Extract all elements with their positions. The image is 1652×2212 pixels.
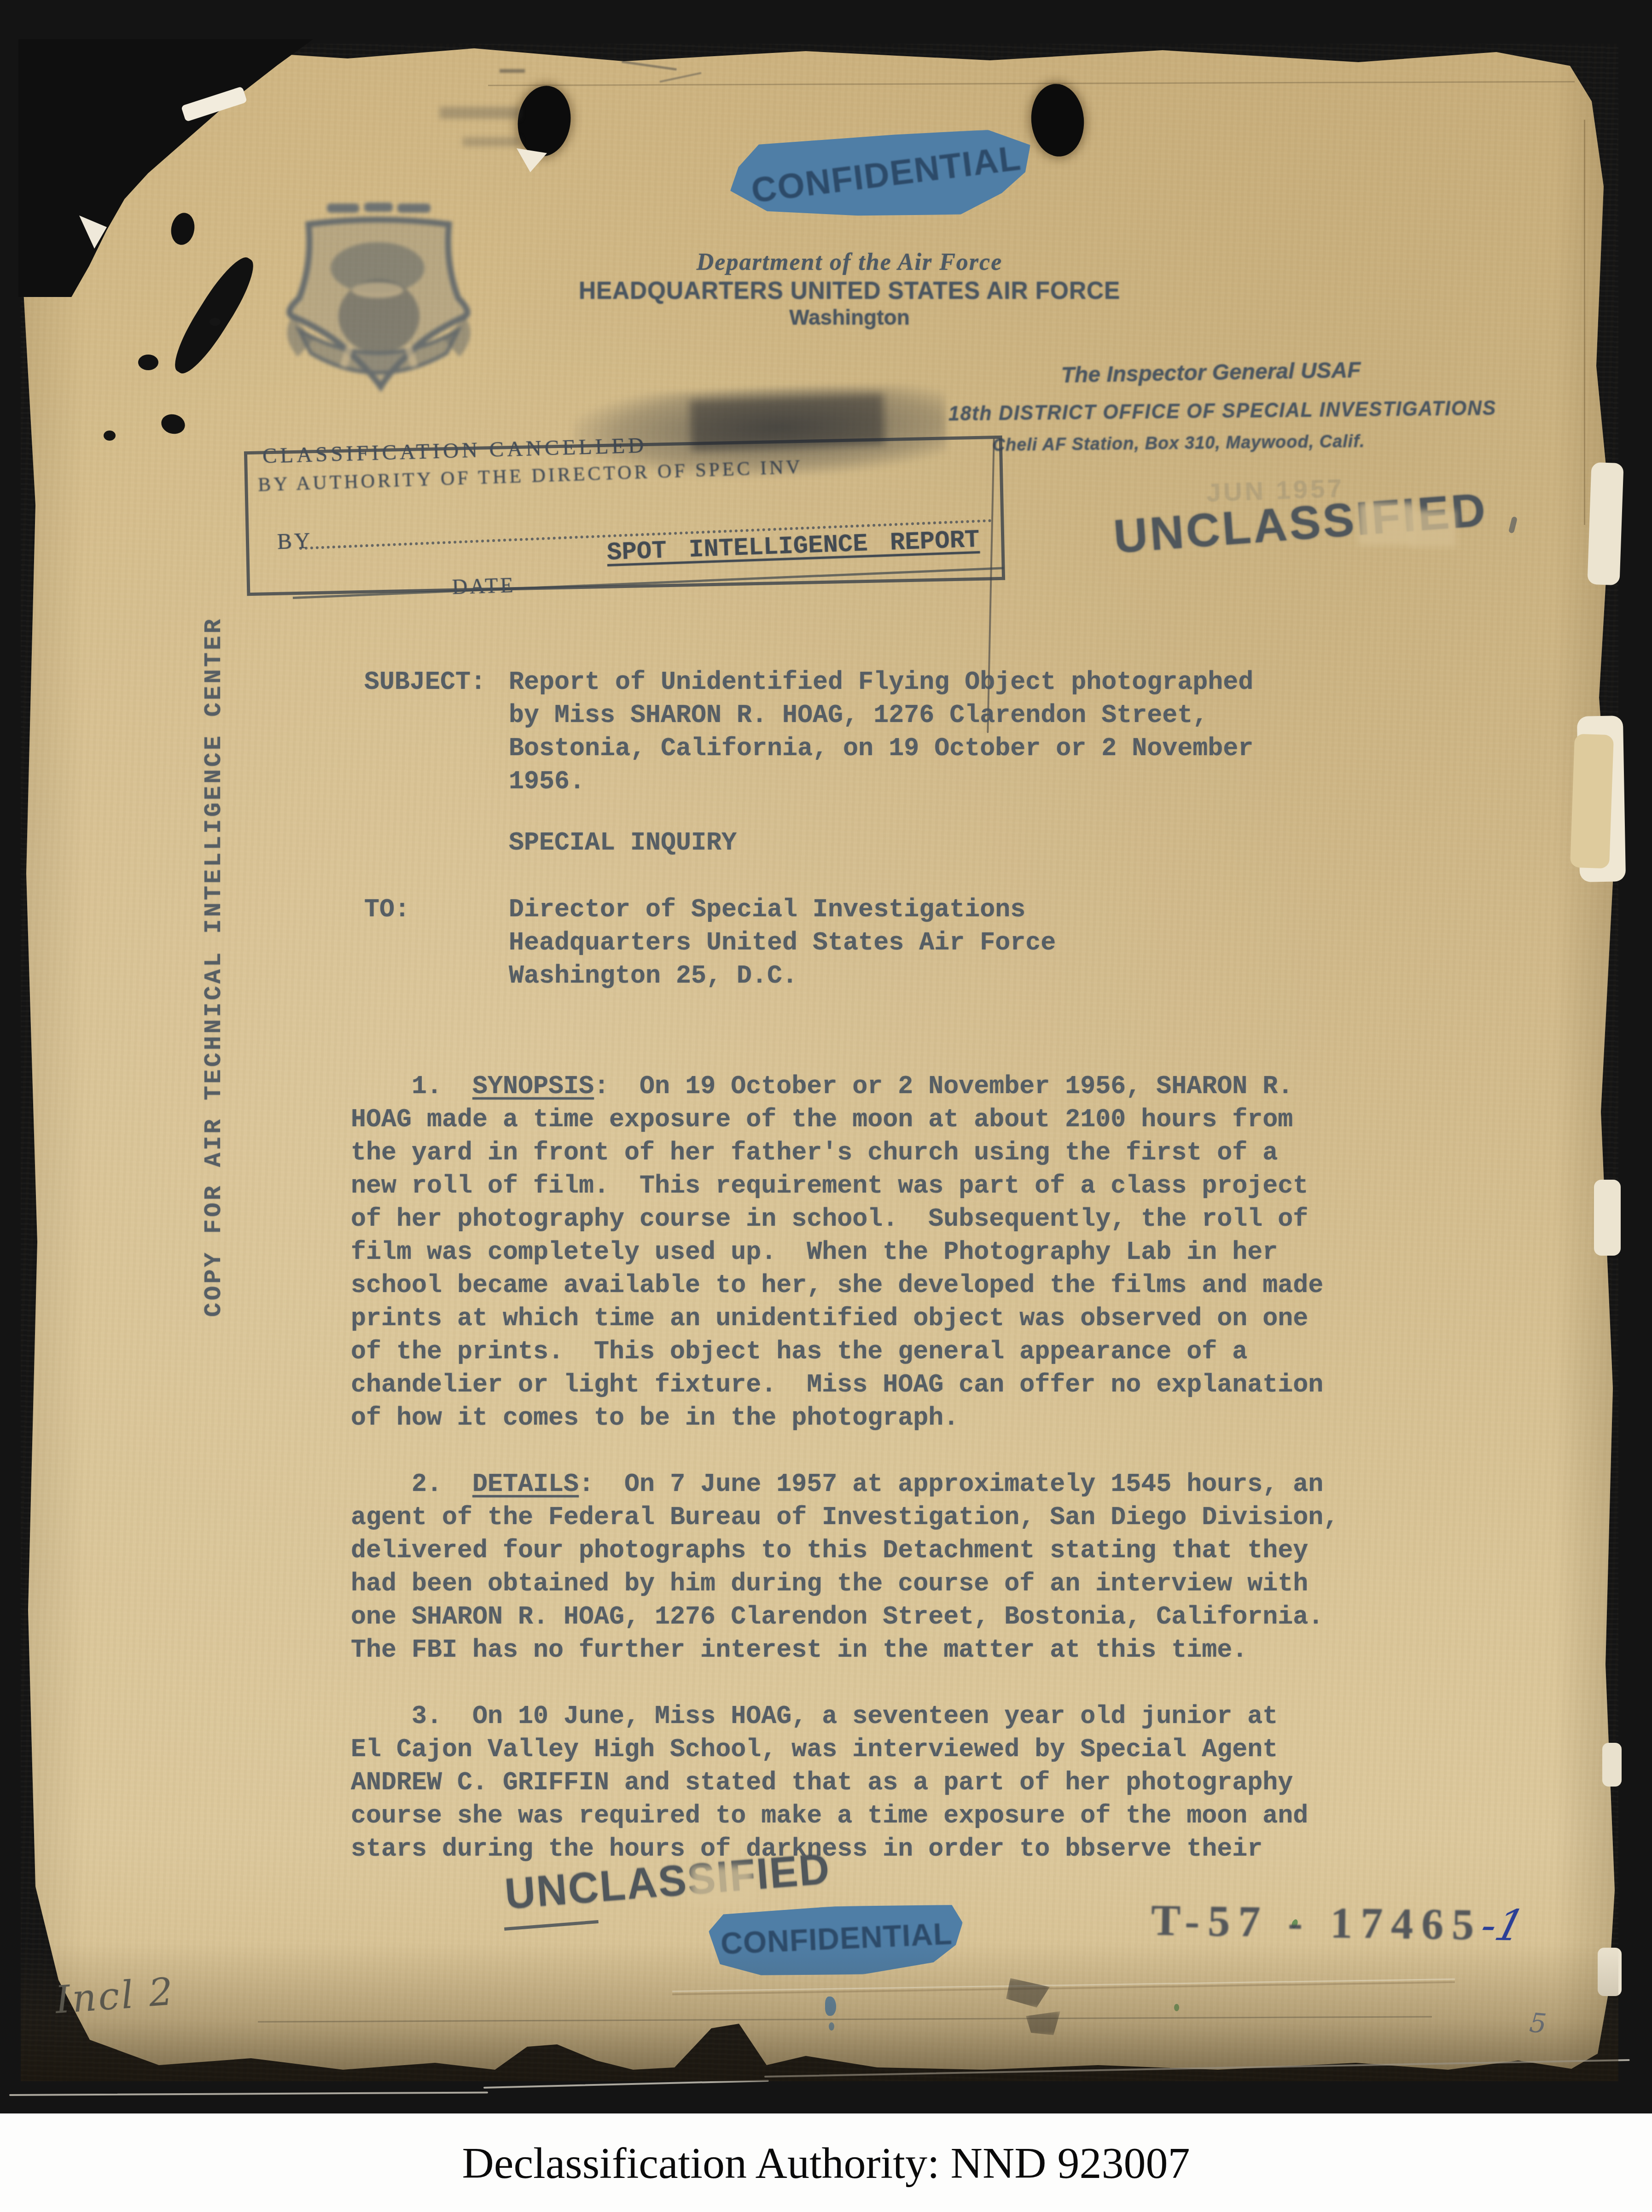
para1-intro: 1.: [351, 1072, 472, 1101]
stamp-erosion: [691, 1866, 753, 1905]
by-label: BY: [277, 528, 313, 555]
margin-note-text: COPY FOR AIR TECHNICAL INTELLIGENCE CENT…: [202, 617, 226, 1317]
edge-crease: [1584, 120, 1585, 525]
subject-line: 1956.: [509, 765, 585, 798]
para1-line: school became available to her, she deve…: [351, 1269, 1323, 1302]
tear-spot: [209, 318, 221, 326]
stamp-erosion: [1410, 510, 1456, 547]
scan-scratch: [9, 2092, 488, 2096]
tracking-number: T-57 - 17465-1: [1151, 1894, 1524, 1950]
to-label: TO:: [364, 893, 410, 926]
para1-line: film was completely used up. When the Ph…: [351, 1236, 1278, 1269]
para1-line: of the prints. This object has the gener…: [351, 1335, 1247, 1368]
tear-spot: [104, 431, 116, 441]
para1-after: : On 19 October or 2 November 1956, SHAR…: [594, 1072, 1293, 1101]
para2-line: agent of the Federal Bureau of Investiga…: [351, 1501, 1338, 1534]
tracking-number-typed: T-57 - 17465: [1151, 1895, 1483, 1949]
subject-line: Bostonia, California, on 19 October or 2…: [509, 732, 1253, 765]
smudge: [463, 137, 520, 146]
para2-line1: 2. DETAILS: On 7 June 1957 at approximat…: [351, 1468, 1323, 1501]
para3-line1: 3. On 10 June, Miss HOAG, a seventeen ye…: [351, 1700, 1278, 1733]
para3-line: course she was required to make a time e…: [351, 1799, 1308, 1833]
stamp-erosion: [1358, 503, 1416, 545]
to-line: Washington 25, D.C.: [509, 960, 797, 993]
letterhead-city: Washington: [789, 305, 909, 330]
para2-line: The FBI has no further interest in the m…: [351, 1634, 1247, 1667]
edge-tear: [1602, 1743, 1622, 1787]
para2-after: : On 7 June 1957 at approximately 1545 h…: [579, 1470, 1323, 1499]
to-line: Director of Special Investigations: [509, 893, 1025, 926]
para1-line: chandelier or light fixture. Miss HOAG c…: [351, 1368, 1323, 1402]
para1-line1: 1. SYNOPSIS: On 19 October or 2 November…: [351, 1070, 1293, 1103]
para2-line: had been obtained by him during the cour…: [351, 1567, 1308, 1601]
para2-line: delivered four photographs to this Detac…: [351, 1534, 1308, 1567]
subject-line: by Miss SHARON R. HOAG, 1276 Clarendon S…: [509, 699, 1208, 732]
office-line3: Cheli AF Station, Box 310, Maywood, Cali…: [992, 432, 1365, 455]
para1-line: prints at which time an unidentified obj…: [351, 1302, 1308, 1335]
vertical-margin-note: COPY FOR AIR TECHNICAL INTELLIGENCE CENT…: [202, 617, 226, 1317]
date-label: DATE: [452, 573, 516, 599]
para1-line: new roll of film. This requirement was p…: [351, 1170, 1308, 1203]
para3-line: El Cajon Valley High School, was intervi…: [351, 1733, 1278, 1766]
paper-bottom-shadow: [21, 1943, 1618, 2081]
para3-intro: 3.: [351, 1702, 472, 1731]
para1-line: the yard in front of her father's church…: [351, 1136, 1278, 1170]
tear-spot: [138, 355, 158, 370]
pencil-mark: [500, 69, 525, 73]
edge-tear: [1587, 462, 1623, 585]
scanned-document: CONFIDENTIAL Department of the Air Force…: [0, 0, 1652, 2212]
para2-intro: 2.: [351, 1470, 472, 1499]
edge-tear-flap: [1570, 734, 1614, 869]
air-force-seal-icon: [274, 199, 483, 399]
special-inquiry: SPECIAL INQUIRY: [509, 827, 737, 860]
office-line1: The Inspector General USAF: [1061, 357, 1361, 388]
para1-line: of how it comes to be in the photograph.: [351, 1402, 959, 1435]
declassification-footer: Declassification Authority: NND 923007: [0, 2113, 1652, 2212]
para3-after: On 10 June, Miss HOAG, a seventeen year …: [472, 1702, 1278, 1731]
edge-tear: [1594, 1180, 1621, 1256]
letterhead-hq: HEADQUARTERS UNITED STATES AIR FORCE: [579, 276, 1120, 305]
declassification-text: Declassification Authority: NND 923007: [462, 2137, 1190, 2189]
smudge: [440, 107, 520, 119]
para2-line: one SHARON R. HOAG, 1276 Clarendon Stree…: [351, 1601, 1323, 1634]
para1-line: of her photography course in school. Sub…: [351, 1203, 1308, 1236]
para2-keyword: DETAILS: [472, 1470, 579, 1499]
to-line: Headquarters United States Air Force: [509, 926, 1056, 960]
para1-keyword: SYNOPSIS: [472, 1072, 594, 1101]
para3-line: ANDREW C. GRIFFIN and stated that as a p…: [351, 1766, 1293, 1799]
overstamp-smudge-core: [690, 394, 885, 451]
letterhead-dept: Department of the Air Force: [697, 249, 1003, 276]
subject-label: SUBJECT:: [364, 666, 486, 699]
subject-line: Report of Unidentified Flying Object pho…: [509, 666, 1253, 699]
para1-line: HOAG made a time exposure of the moon at…: [351, 1103, 1293, 1136]
